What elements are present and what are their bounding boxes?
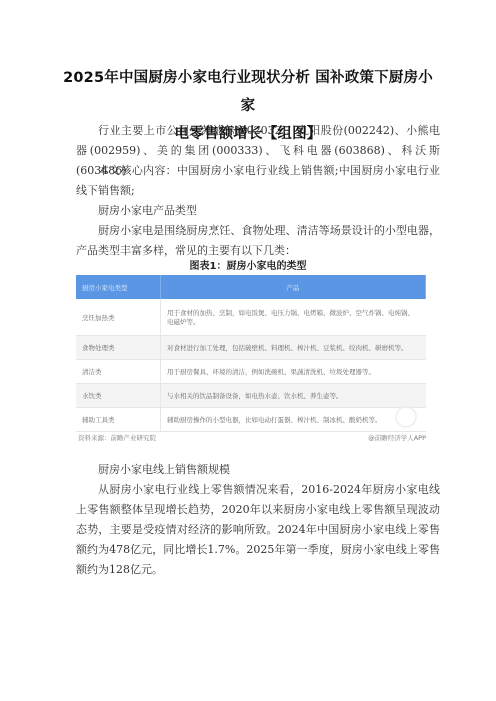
- row-category: 清洁类: [76, 360, 161, 384]
- product-types-body: 厨房小家电是围绕厨房烹饪、食物处理、清洁等场景设计的小型电器，产品类型丰富多样，…: [76, 221, 440, 261]
- document-page: 2025年中国厨房小家电行业现状分析 国补政策下厨房小家 电零售额增长【组图】 …: [0, 0, 496, 701]
- row-category: 辅助工具类: [76, 408, 161, 432]
- online-sales-body: 从厨房小家电行业线上零售额情况来看，2016-2024年厨房小家电线上零售额整体…: [76, 480, 440, 580]
- row-category: 烹饪加热类: [76, 299, 161, 336]
- appliance-types-table: 厨房小家电类型 产品 烹饪加热类 用于食材的加热、烹制，如电饭煲、电压力锅、电烤…: [76, 275, 426, 432]
- figure-title: 图表1：厨房小家电的类型: [76, 257, 420, 272]
- table-row: 辅助工具类 辅助厨房操作的小型电器，比如电动打蛋器、榨汁机、制冰机、酸奶机等。: [76, 408, 426, 432]
- title-line-1: 2025年中国厨房小家电行业现状分析 国补政策下厨房小家: [62, 64, 434, 120]
- row-products: 用于食材的加热、烹制，如电饭煲、电压力锅、电烤箱、微波炉、空气炸锅、电炖锅、电磁…: [161, 299, 426, 336]
- table-row: 清洁类 用于厨房餐具、环境的清洁，例如洗碗机、果蔬清洗机、垃圾处理器等。: [76, 360, 426, 384]
- watermark-logo-icon: [395, 406, 417, 428]
- table-row: 食物处理类 对食材进行加工处理，包括破壁机、料理机、榨汁机、豆浆机、绞肉机、研磨…: [76, 336, 426, 360]
- core-content: 本文核心内容：中国厨房小家电行业线上销售额;中国厨房小家电行业线下销售额;: [76, 161, 440, 201]
- section-heading-product-types: 厨房小家电产品类型: [76, 201, 440, 221]
- column-header-category: 厨房小家电类型: [76, 275, 161, 299]
- figure-credit: @前瞻经济学人APP: [340, 433, 426, 442]
- table-row: 水饮类 与水相关的饮品制备设备，如电热水壶、饮水机、养生壶等。: [76, 384, 426, 408]
- column-header-products: 产品: [161, 275, 426, 299]
- figure-source: 资料来源：前瞻产业研究院: [78, 433, 156, 442]
- row-products: 用于厨房餐具、环境的清洁，例如洗碗机、果蔬清洗机、垃圾处理器等。: [161, 360, 426, 384]
- row-products: 与水相关的饮品制备设备，如电热水壶、饮水机、养生壶等。: [161, 384, 426, 408]
- row-products: 辅助厨房操作的小型电器，比如电动打蛋器、榨汁机、制冰机、酸奶机等。: [161, 408, 426, 432]
- row-products: 对食材进行加工处理，包括破壁机、料理机、榨汁机、豆浆机、绞肉机、研磨机等。: [161, 336, 426, 360]
- table-row: 烹饪加热类 用于食材的加热、烹制，如电饭煲、电压力锅、电烤箱、微波炉、空气炸锅、…: [76, 299, 426, 336]
- row-category: 食物处理类: [76, 336, 161, 360]
- row-category: 水饮类: [76, 384, 161, 408]
- section-heading-online-sales: 厨房小家电线上销售额规模: [76, 460, 440, 480]
